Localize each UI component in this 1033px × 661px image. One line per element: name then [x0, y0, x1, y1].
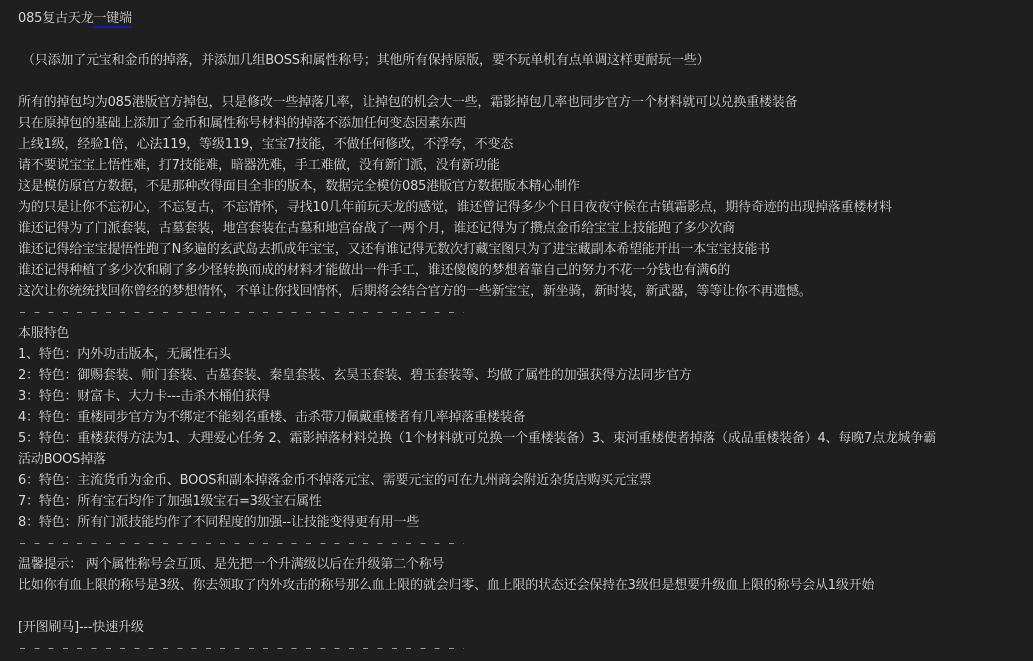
blank-line — [18, 29, 1033, 50]
title-underlined-text: 一键端 — [93, 11, 131, 28]
features-block: 本服特色 1、特色：内外功击版本，无属性石头 2：特色：御赐套装、师门套装、古墓… — [18, 323, 1033, 533]
description-line: 只在原掉包的基础上添加了金币和属性称号材料的掉落不添加任何变态因素东西 — [18, 113, 1033, 134]
feature-item: 6：特色：主流货币为金币、BOOS和副本掉落金币不掉落元宝、需要元宝的可在九州商… — [18, 470, 1033, 491]
dashed-separator — [18, 533, 1033, 554]
feature-item: 4：特色：重楼同步官方为不绑定不能刻名重楼、击杀带刀佩戴重楼者有几率掉落重楼装备 — [18, 407, 1033, 428]
features-heading: 本服特色 — [18, 323, 1033, 344]
description-line: 这是模仿原官方数据，不是那种改得面目全非的版本，数据完全模仿085港版官方数据版… — [18, 176, 1033, 197]
separator-dashes — [20, 648, 464, 649]
description-line: 谁还记得给宝宝提悟性跑了N多遍的玄武岛去抓成年宝宝，又还有谁记得无数次打藏宝图只… — [18, 239, 1033, 260]
description-line: 上线1级，经验1倍，心法119，等级119，宝宝7技能，不做任何修改，不浮夸，不… — [18, 134, 1033, 155]
feature-item: 2：特色：御赐套装、师门套装、古墓套装、秦皇套装、玄昊玉套装、碧玉套装等、均做了… — [18, 365, 1033, 386]
tip-line: 温馨提示： 两个属性称号会互顶、是先把一个升满级以后在升级第二个称号 — [18, 554, 1033, 575]
feature-item: 7：特色：所有宝石均作了加强1级宝石=3级宝石属性 — [18, 491, 1033, 512]
description-line: 请不要说宝宝上悟性难，打7技能难，暗器洗难，手工难做，没有新门派，没有新功能 — [18, 155, 1033, 176]
dashed-separator — [18, 302, 1033, 323]
section-link-heading: [开图刷马]---快速升级 — [18, 617, 1033, 638]
document-body: 085复古天龙一键端 （只添加了元宝和金币的掉落，并添加几组BOSS和属性称号；… — [0, 0, 1033, 659]
document-title: 085复古天龙一键端 — [18, 8, 132, 29]
document-title-line: 085复古天龙一键端 — [18, 8, 1033, 29]
intro-note: （只添加了元宝和金币的掉落，并添加几组BOSS和属性称号；其他所有保持原版，要不… — [18, 50, 1033, 71]
feature-item: 1、特色：内外功击版本，无属性石头 — [18, 344, 1033, 365]
feature-item: 8：特色：所有门派技能均作了不同程度的加强--让技能变得更有用一些 — [18, 512, 1033, 533]
description-line: 这次让你统统找回你曾经的梦想情怀，不单让你找回情怀，后期将会结合官方的一些新宝宝… — [18, 281, 1033, 302]
description-line: 谁还记得为了门派套装，古墓套装，地宫套装在古墓和地宫奋战了一两个月，谁还记得为了… — [18, 218, 1033, 239]
feature-item: 5：特色：重楼获得方法为1、大理爱心任务 2、霜影掉落材料兑换（1个材料就可兑换… — [18, 428, 1033, 449]
separator-dashes — [20, 543, 464, 544]
tip-line: 比如你有血上限的称号是3级、你去领取了内外攻击的称号那么血上限的就会归零、血上限… — [18, 575, 1033, 596]
description-line: 所有的掉包均为085港版官方掉包，只是修改一些掉落几率，让掉包的机会大一些，霜影… — [18, 92, 1033, 113]
description-line: 为的只是让你不忘初心，不忘复古，不忘情怀，寻找10几年前玩天龙的感觉，谁还曾记得… — [18, 197, 1033, 218]
title-prefix: 085复古天龙 — [18, 11, 93, 26]
description-line: 谁还记得种植了多少次和刷了多少怪转换而成的材料才能做出一件手工，谁还傻傻的梦想着… — [18, 260, 1033, 281]
feature-item-continuation: 活动BOOS掉落 — [18, 449, 1033, 470]
blank-line — [18, 71, 1033, 92]
blank-line — [18, 596, 1033, 617]
dashed-separator — [18, 638, 1033, 659]
separator-dashes — [20, 312, 464, 313]
tips-block: 温馨提示： 两个属性称号会互顶、是先把一个升满级以后在升级第二个称号 比如你有血… — [18, 554, 1033, 596]
description-block: 所有的掉包均为085港版官方掉包，只是修改一些掉落几率，让掉包的机会大一些，霜影… — [18, 92, 1033, 302]
feature-item: 3：特色：财富卡、大力卡---击杀木桶伯获得 — [18, 386, 1033, 407]
